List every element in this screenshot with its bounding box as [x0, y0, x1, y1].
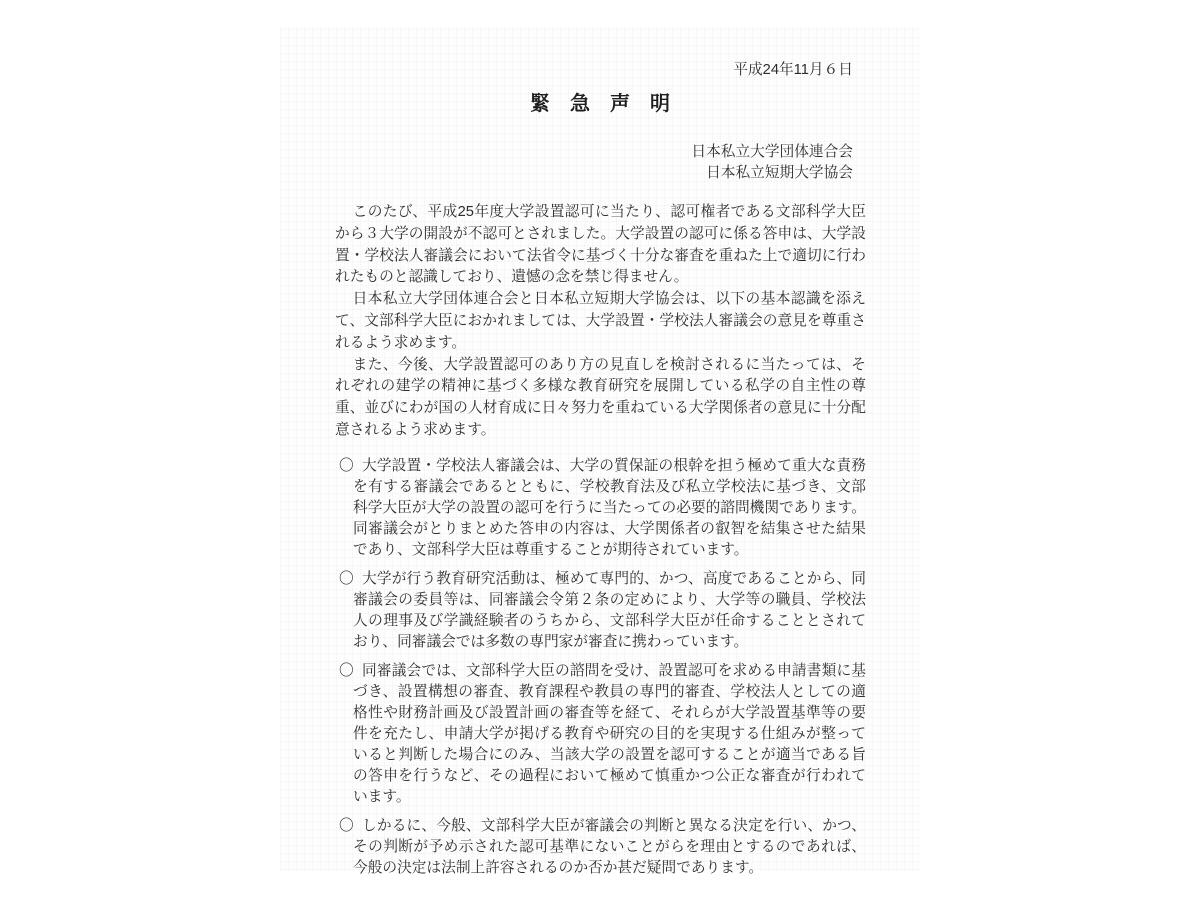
statement-point-3-text: 同審議会では、文部科学大臣の諮問を受け、設置認可を求める申請書類に基づき、設置構… [353, 661, 866, 808]
opening-section: このたび、平成25年度大学設置認可に当たり、認可権者である文部科学大臣から３大学… [280, 202, 920, 442]
document-date: 平成24年11月６日 [280, 27, 920, 80]
opening-paragraph-2: 日本私立大学団体連合会と日本私立短期大学協会は、以下の基本認識を添えて、文部科学… [335, 289, 866, 354]
opening-paragraph-1: このたび、平成25年度大学設置認可に当たり、認可権者である文部科学大臣から３大学… [335, 202, 866, 289]
statement-point-1-text: 大学設置・学校法人審議会は、大学の質保証の根幹を担う極めて重大な責務を有する審議… [353, 456, 866, 561]
statement-point-1: 〇 大学設置・学校法人審議会は、大学の質保証の根幹を担う極めて重大な責務を有する… [335, 456, 866, 561]
circle-bullet-marker: 〇 [339, 661, 354, 682]
statement-points-section: 〇 大学設置・学校法人審議会は、大学の質保証の根幹を担う極めて重大な責務を有する… [280, 456, 920, 879]
statement-point-4: 〇 しかるに、今般、文部科学大臣が審議会の判断と異なる決定を行い、かつ、その判断… [335, 816, 866, 879]
page-background: 平成24年11月６日 緊 急 声 明 日本私立大学団体連合会 日本私立短期大学協… [0, 0, 1200, 900]
author-organizations: 日本私立大学団体連合会 日本私立短期大学協会 [280, 142, 920, 184]
author-organization-2: 日本私立短期大学協会 [280, 163, 853, 184]
statement-point-3: 〇 同審議会では、文部科学大臣の諮問を受け、設置認可を求める申請書類に基づき、設… [335, 661, 866, 808]
statement-document: 平成24年11月６日 緊 急 声 明 日本私立大学団体連合会 日本私立短期大学協… [280, 27, 920, 870]
statement-point-4-text: しかるに、今般、文部科学大臣が審議会の判断と異なる決定を行い、かつ、その判断が予… [353, 816, 866, 879]
circle-bullet-marker: 〇 [339, 456, 354, 477]
document-title: 緊 急 声 明 [280, 91, 920, 117]
author-organization-1: 日本私立大学団体連合会 [280, 142, 853, 163]
opening-paragraph-3: また、今後、大学設置認可のあり方の見直しを検討されるに当たっては、それぞれの建学… [335, 355, 866, 442]
circle-bullet-marker: 〇 [339, 569, 354, 590]
statement-point-2-text: 大学が行う教育研究活動は、極めて専門的、かつ、高度であることから、同審議会の委員… [353, 569, 866, 653]
statement-point-2: 〇 大学が行う教育研究活動は、極めて専門的、かつ、高度であることから、同審議会の… [335, 569, 866, 653]
circle-bullet-marker: 〇 [339, 816, 354, 837]
